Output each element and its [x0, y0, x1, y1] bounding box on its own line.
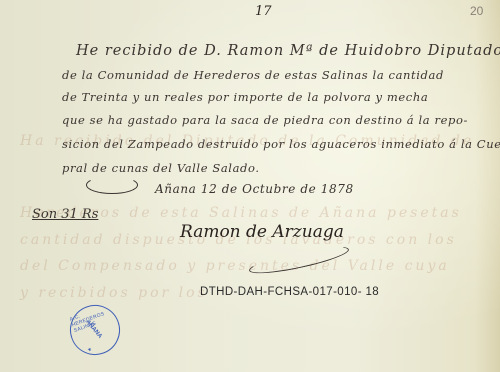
body-line: de la Comunidad de Herederos de estas Sa… — [62, 68, 444, 82]
archive-stamp: A.C. HEREDEROS SALINAS AÑANA ★ — [63, 298, 127, 362]
date-line: Añana 12 de Octubre de 1878 — [155, 182, 354, 196]
bleed-through-line: del Compensado y presentes del Valle cuy… — [20, 258, 450, 274]
body-line: He recibido de D. Ramon Mª de Huidobro D… — [76, 43, 500, 59]
stamp-star-icon: ★ — [87, 346, 93, 353]
body-line: de Treinta y un reales por importe de la… — [62, 90, 428, 104]
page-number: 20 — [470, 4, 483, 18]
signature: Ramon de Arzuaga — [180, 222, 344, 242]
date-flourish — [86, 176, 138, 194]
body-line: que se ha gastado para la saca de piedra… — [62, 113, 468, 127]
bleed-through-line: y recibidos por los — [20, 285, 208, 301]
body-line: pral de cunas del Valle Salado. — [62, 161, 260, 175]
sum-note: Son 31 Rs — [32, 207, 98, 222]
document-page: Ha recibido del Diputado de la Comunidad… — [0, 0, 500, 372]
folio-number: 17 — [255, 4, 272, 19]
body-line: sicion del Zampeado destruido por los ag… — [62, 137, 500, 151]
catalog-reference: DTHD-DAH-FCHSA-017-010- 18 — [200, 286, 379, 298]
